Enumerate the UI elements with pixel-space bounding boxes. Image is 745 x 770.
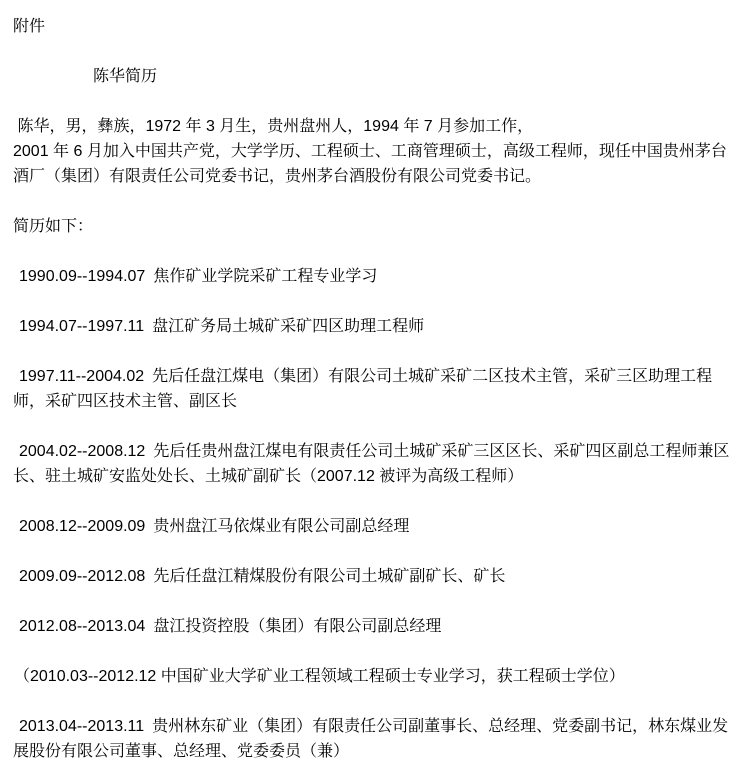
entry-period: 2009.09--2012.08 bbox=[19, 568, 145, 585]
entry-period: 1990.09--1994.07 bbox=[19, 268, 145, 285]
entry-period: 2012.08--2013.04 bbox=[19, 618, 145, 635]
timeline-entry: 1994.07--1997.11盘江矿务局土城矿采矿四区助理工程师 bbox=[13, 314, 741, 339]
entry-description: 贵州盘江马依煤业有限公司副总经理 bbox=[153, 518, 409, 535]
entry-description: 先后任盘江精煤股份有限公司土城矿副矿长、矿长 bbox=[153, 568, 505, 585]
resume-heading: 简历如下： bbox=[13, 214, 741, 239]
attachment-label: 附件 bbox=[13, 14, 741, 39]
document-page: 附件 陈华简历 陈华，男，彝族，1972 年 3 月生，贵州盘州人，1994 年… bbox=[0, 0, 745, 770]
timeline-entry: 2009.09--2012.08先后任盘江精煤股份有限公司土城矿副矿长、矿长 bbox=[13, 564, 741, 589]
timeline-entry: 2008.12--2009.09贵州盘江马依煤业有限公司副总经理 bbox=[13, 514, 741, 539]
timeline-entry-note: （2010.03--2012.12 中国矿业大学矿业工程领域工程硕士专业学习，获… bbox=[13, 664, 741, 689]
entry-period: 2013.04--2013.11 bbox=[19, 718, 144, 735]
timeline-entry: 2012.08--2013.04盘江投资控股（集团）有限公司副总经理 bbox=[13, 614, 741, 639]
timeline-entry: 2013.04--2013.11贵州林东矿业（集团）有限责任公司副董事长、总经理… bbox=[13, 714, 741, 764]
entry-period: 1994.07--1997.11 bbox=[19, 318, 144, 335]
entry-description: 焦作矿业学院采矿工程专业学习 bbox=[153, 268, 377, 285]
entry-period: 2004.02--2008.12 bbox=[19, 443, 145, 460]
entry-description: （2010.03--2012.12 中国矿业大学矿业工程领域工程硕士专业学习，获… bbox=[14, 668, 625, 685]
entry-description: 盘江矿务局土城矿采矿四区助理工程师 bbox=[152, 318, 424, 335]
timeline-entry: 2004.02--2008.12先后任贵州盘江煤电有限责任公司土城矿采矿三区区长… bbox=[13, 439, 741, 489]
timeline-entry: 1997.11--2004.02先后任盘江煤电（集团）有限公司土城矿采矿二区技术… bbox=[13, 364, 741, 414]
entry-description: 盘江投资控股（集团）有限公司副总经理 bbox=[153, 618, 441, 635]
intro-paragraph: 陈华，男，彝族，1972 年 3 月生，贵州盘州人，1994 年 7 月参加工作… bbox=[13, 114, 741, 189]
timeline-entry: 1990.09--1994.07焦作矿业学院采矿工程专业学习 bbox=[13, 264, 741, 289]
entry-period: 2008.12--2009.09 bbox=[19, 518, 145, 535]
page-title: 陈华简历 bbox=[13, 64, 741, 89]
entry-period: 1997.11--2004.02 bbox=[19, 368, 144, 385]
